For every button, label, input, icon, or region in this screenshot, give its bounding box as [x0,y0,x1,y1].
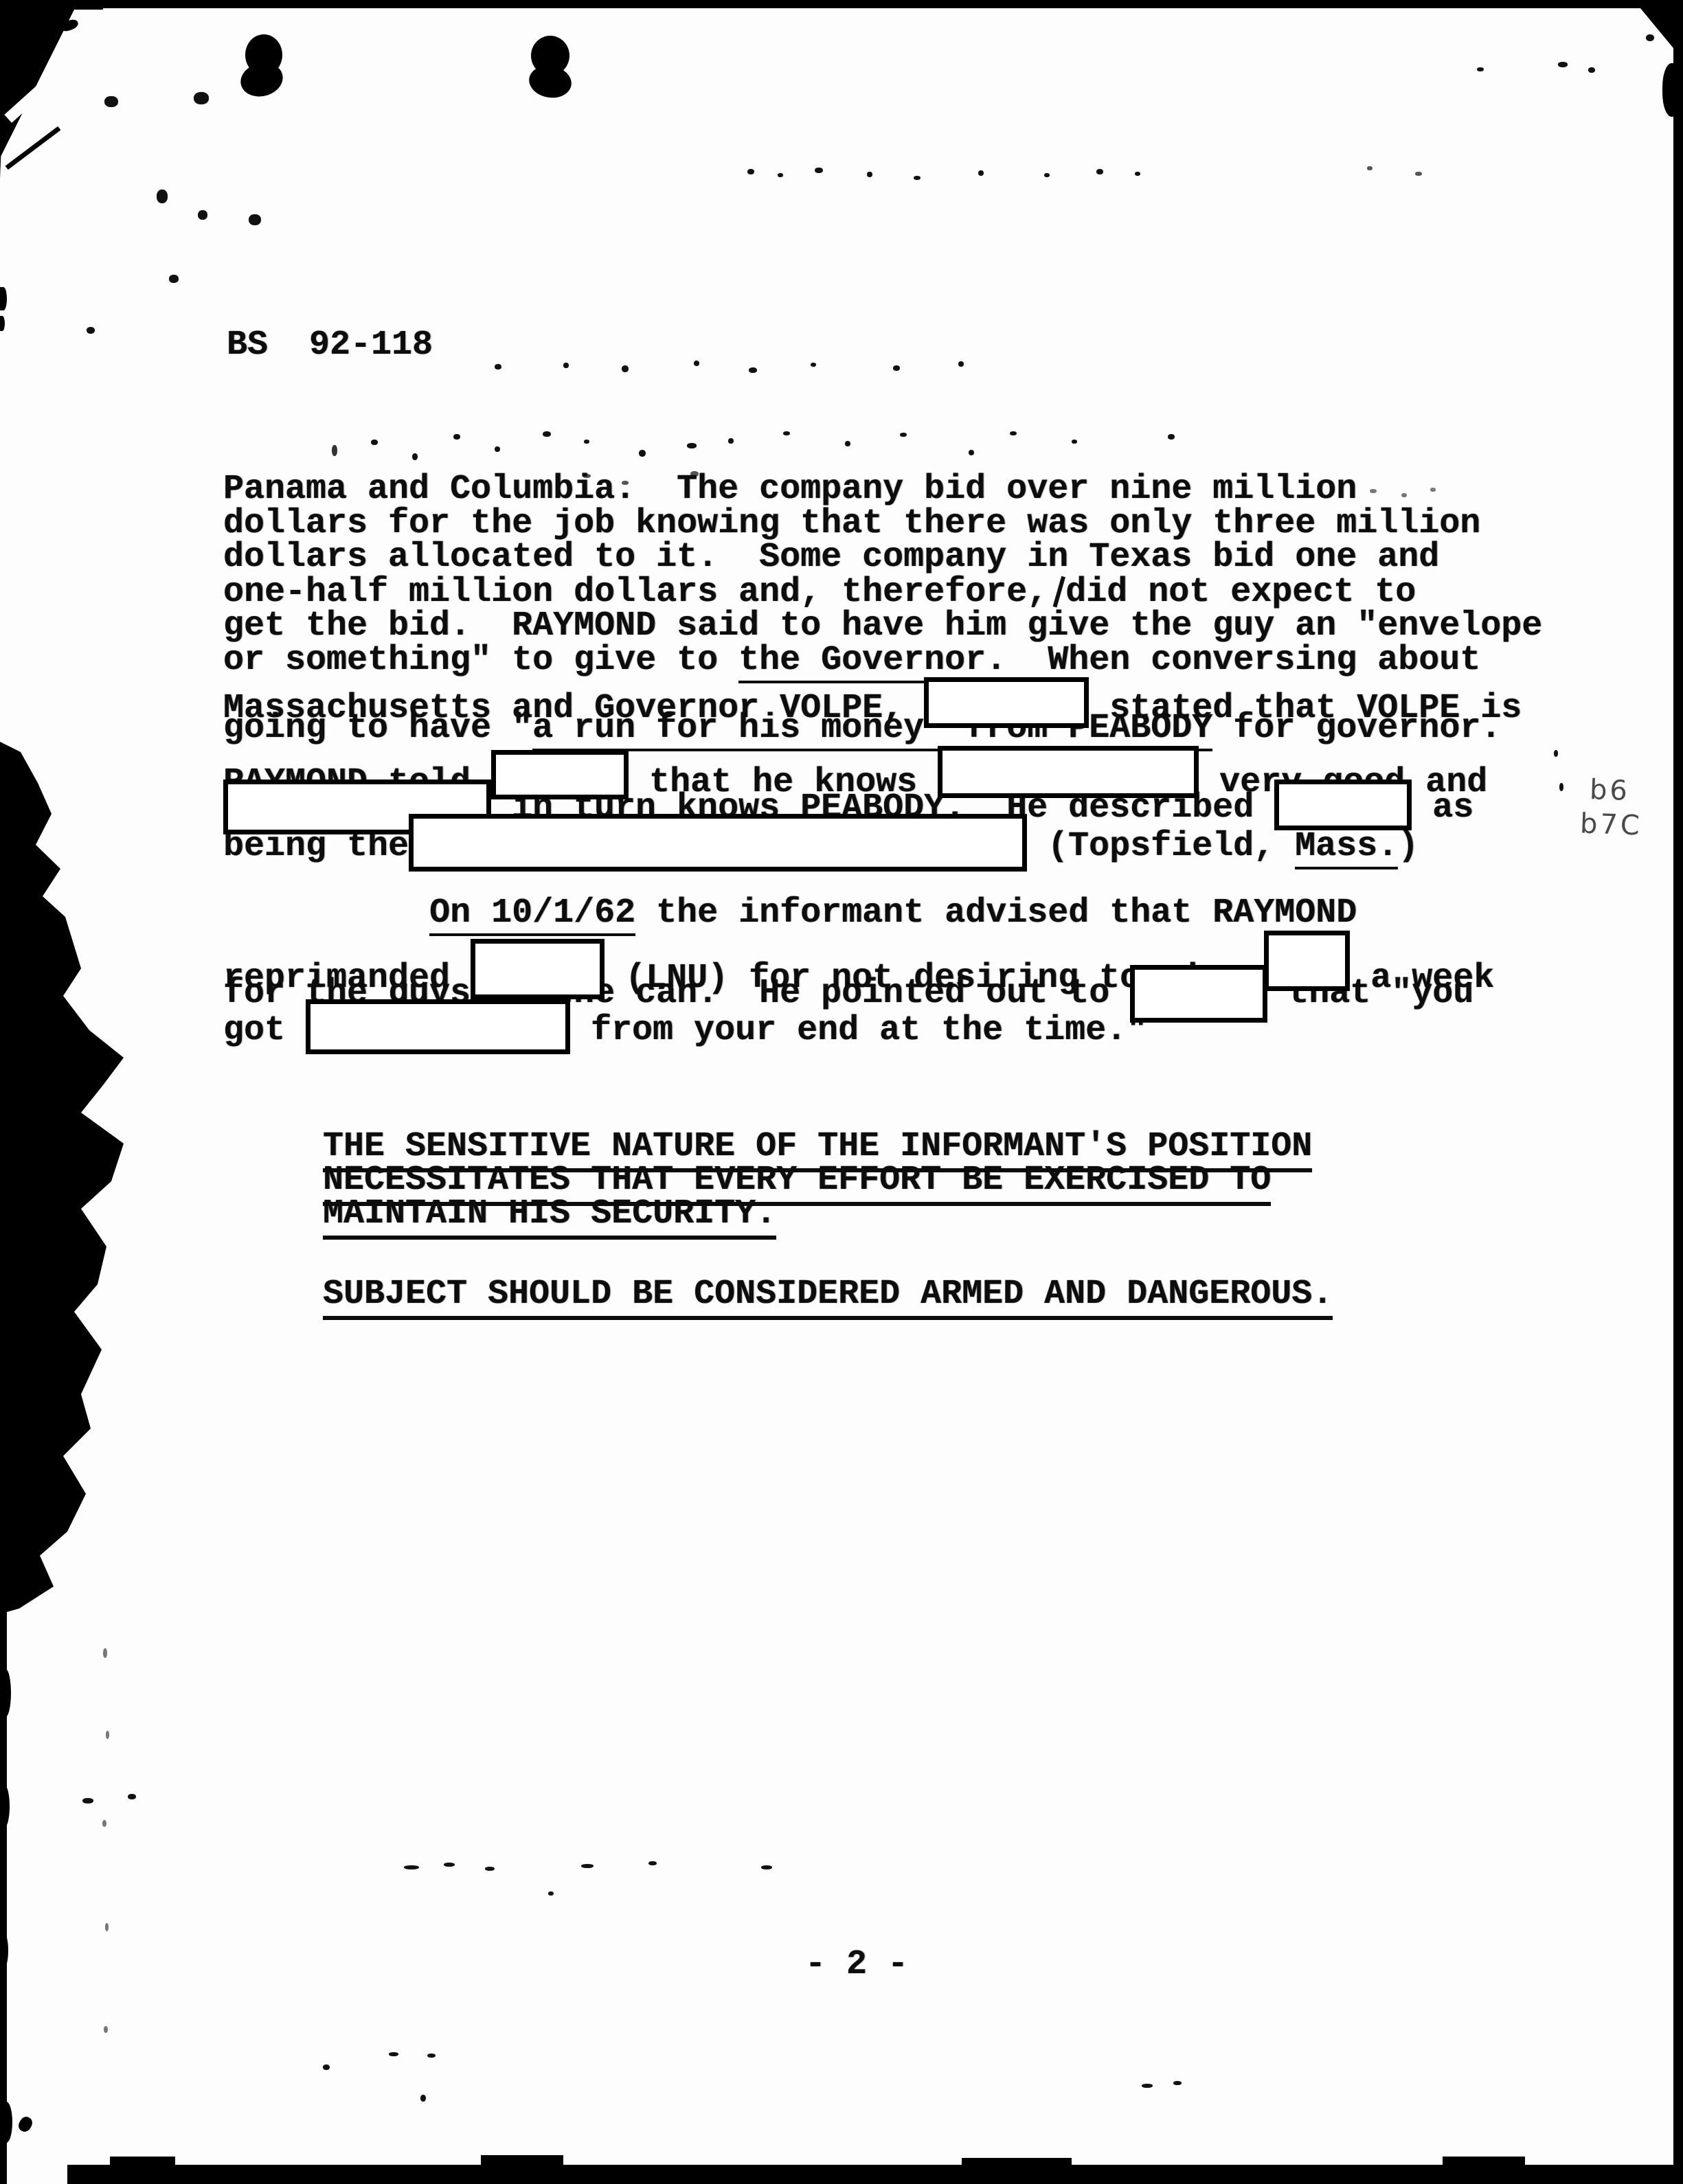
text-segment: for governor. [1212,709,1501,748]
scanned-document-page: BS 92-118 Panama and Columbia. The compa… [0,0,1683,2184]
page-number: - 2 - [805,1948,908,1982]
text-segment: (Topsfield, [1027,827,1295,866]
redaction-box [491,750,629,799]
text-segment: as [1412,788,1473,828]
text-segment: or something" to give to [223,641,738,680]
text-segment: got [223,1011,306,1050]
text-line: got from your end at the time." [223,999,1147,1054]
text-line: Panama and Columbia. The company bid ove… [223,473,1357,507]
redaction-box [1130,965,1267,1023]
text-segment: ) [1398,827,1419,866]
underlined-text: a run for his money" [532,709,945,751]
text-segment: dollars allocated to it. Some company in… [223,538,1439,577]
text-segment [223,894,429,933]
text-line: or something" to give to the Governor. W… [223,644,1480,678]
typed-text-layer: BS 92-118 Panama and Columbia. The compa… [0,0,1683,2184]
text-line: dollars allocated to it. Some company in… [223,541,1439,575]
text-line: On 10/1/62 the informant advised that RA… [223,896,1357,931]
case-number: BS 92-118 [227,328,433,363]
redaction-box [924,677,1089,728]
text-segment: Panama and Columbia. The company bid ove… [223,470,1357,509]
text-line: going to have "a run for his money" from… [223,712,1501,746]
redaction-box [409,814,1027,872]
underlined-text: MAINTAIN HIS SECURITY. [323,1194,776,1240]
redaction-box [1264,931,1350,991]
text-segment: the informant advised that RAYMOND [635,894,1357,933]
text-line: one-half million dollars and, therefore,… [223,575,1416,610]
text-line: THE SENSITIVE NATURE OF THE INFORMANT'S … [323,1130,1312,1164]
underlined-text: On 10/1/62 [429,894,635,936]
text-segment: When conversing about [1006,641,1480,680]
margin-note-b7c: b7C [1579,808,1642,841]
underlined-text: PEABODY [1068,709,1212,751]
text-line: NECESSITATES THAT EVERY EFFORT BE EXERCI… [323,1163,1271,1198]
handwritten-insertion-mark [1045,573,1065,607]
text-segment: get the bid. RAYMOND said to have him gi… [223,606,1542,646]
redaction-box [471,939,605,999]
underlined-text: SUBJECT SHOULD BE CONSIDERED ARMED AND D… [323,1275,1333,1320]
redaction-box [938,746,1199,798]
text-line: SUBJECT SHOULD BE CONSIDERED ARMED AND D… [323,1277,1333,1312]
text-segment: going to have " [223,709,532,748]
margin-note-b6: b6 [1589,774,1630,807]
text-line: dollars for the job knowing that there w… [223,507,1480,541]
redaction-box [1274,780,1412,830]
redaction-box [306,999,570,1054]
underlined-text: Mass. [1295,827,1398,869]
text-line: get the bid. RAYMOND said to have him gi… [223,609,1542,644]
text-line: MAINTAIN HIS SECURITY. [323,1197,776,1231]
text-segment: from your end at the time." [570,1011,1147,1050]
